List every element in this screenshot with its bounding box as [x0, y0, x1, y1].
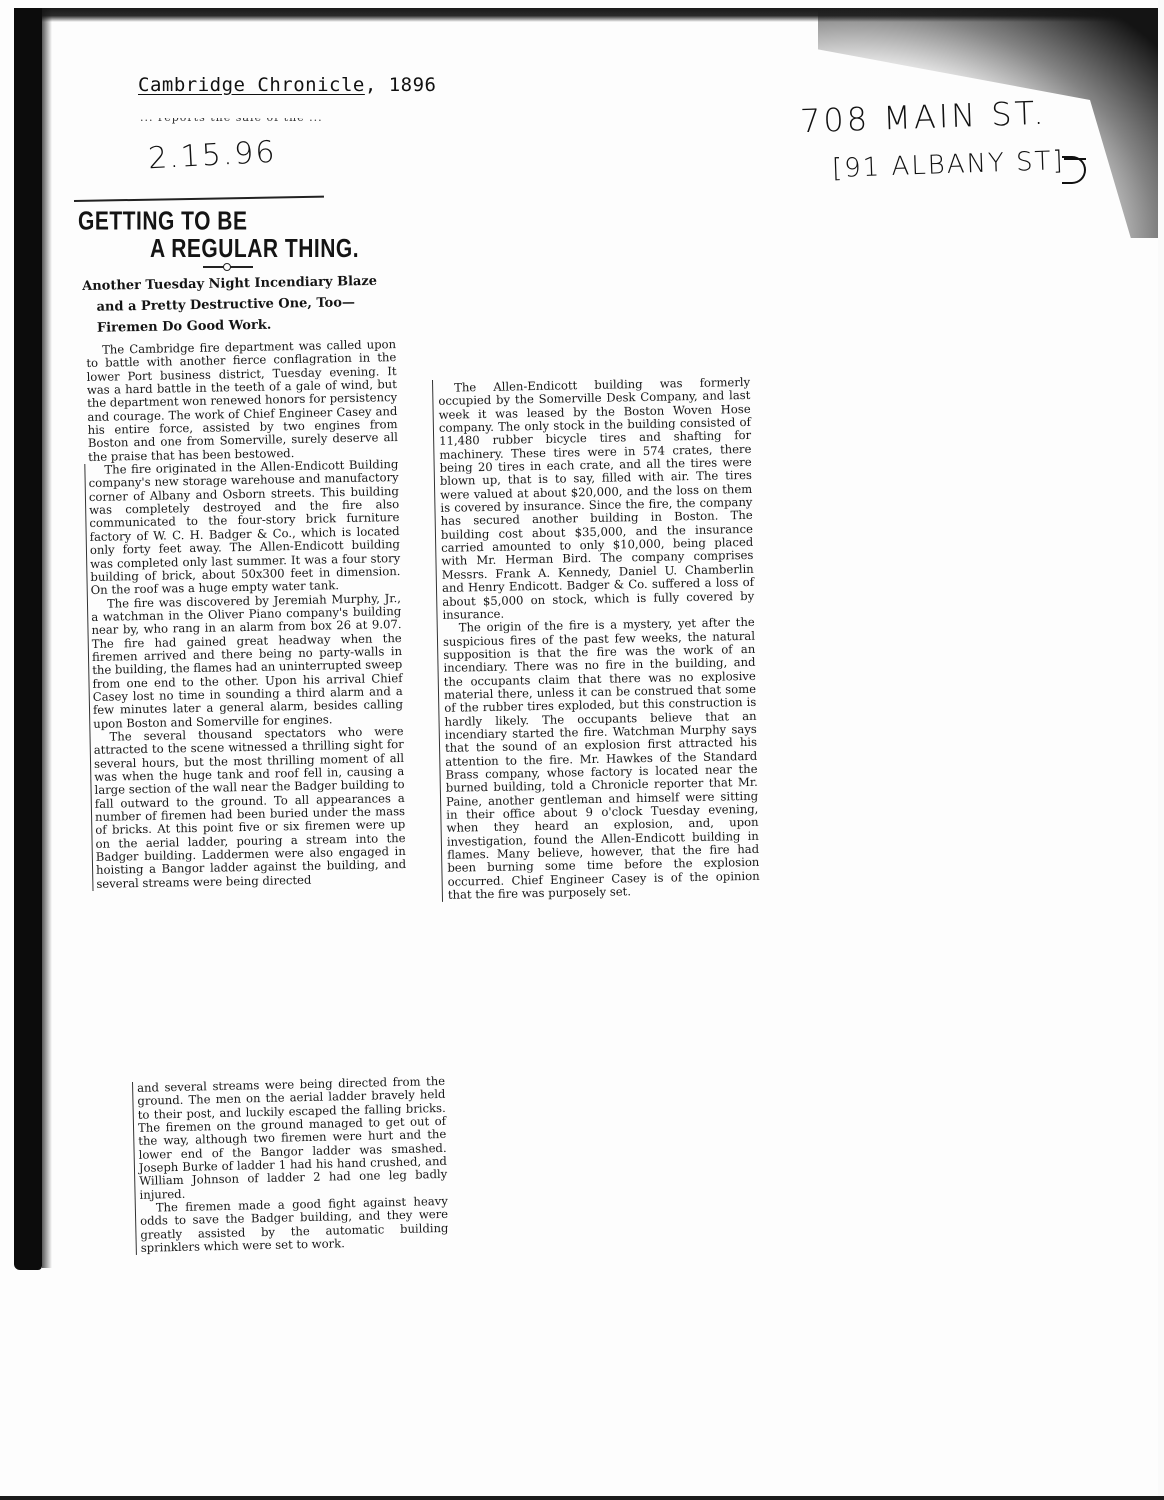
article-paragraph: The fire originated in the Allen-Endicot…: [84, 458, 401, 597]
article-paragraph: The fire was discovered by Jeremiah Murp…: [87, 592, 404, 731]
article-paragraph: The Cambridge fire department was called…: [86, 338, 398, 464]
handwritten-address: 708 MAIN ST.: [799, 94, 1047, 141]
article-column-1: The Cambridge fire department was called…: [86, 338, 406, 891]
article-paragraph: The firemen made a good fight against he…: [140, 1195, 449, 1255]
scan-edge-right: [1158, 0, 1164, 1500]
headline-line-2: A REGULAR THING.: [78, 236, 378, 264]
source-label: Cambridge Chronicle, 1896: [138, 74, 437, 96]
handwritten-arrow-curve: [1062, 156, 1086, 184]
scan-edge-bottom: [0, 1496, 1164, 1500]
scan-shadow-left: [14, 8, 42, 1270]
source-year: 1896: [389, 74, 437, 96]
article-paragraph: The origin of the fire is a mystery, yet…: [443, 616, 760, 902]
article-column-2: The Allen-Endicott building was formerly…: [432, 374, 760, 902]
clipped-text-line: ... reports the sale of the ...: [140, 118, 340, 126]
article-paragraph: The Allen-Endicott building was formerly…: [438, 374, 755, 622]
source-separator: ,: [365, 74, 389, 96]
clipping-top-rule: [74, 196, 324, 202]
article-column-1-continued: and several streams were being directed …: [132, 1075, 449, 1256]
subhead-line: Firemen Do Good Work.: [83, 313, 395, 339]
scan-shadow-left-fade: [42, 8, 52, 1268]
article-subheadline: Another Tuesday Night Incendiary Blaze a…: [82, 271, 395, 339]
handwritten-date: 2.15.96: [147, 135, 277, 177]
article-headline: GETTING TO BE A REGULAR THING.: [78, 208, 378, 263]
handwritten-former-address: [91 ALBANY ST]: [832, 146, 1066, 184]
headline-ornament-rule: [203, 266, 253, 268]
article-paragraph: The several thousand spectators who were…: [89, 725, 406, 891]
article-paragraph: and several streams were being directed …: [137, 1075, 448, 1202]
newspaper-name: Cambridge Chronicle: [138, 74, 365, 96]
headline-line-1: GETTING TO BE: [78, 207, 247, 236]
